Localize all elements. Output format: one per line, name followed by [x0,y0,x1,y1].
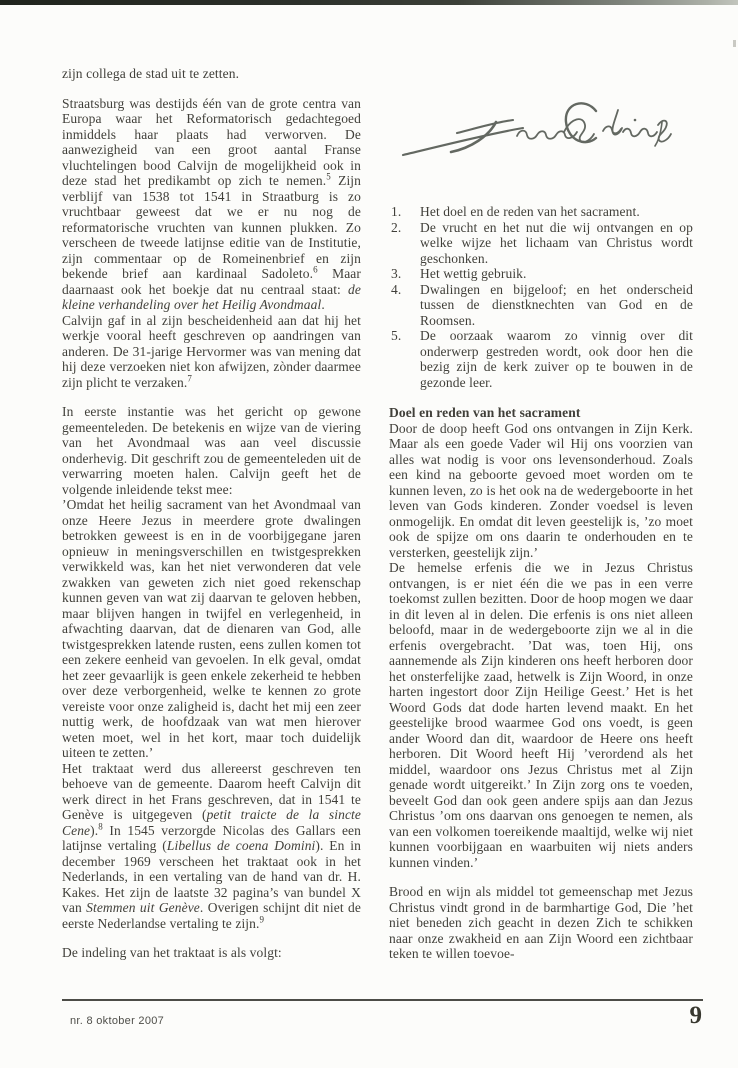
list-item: 1. Het doel en de reden van het sacramen… [389,204,693,220]
paragraph: De hemelse erfenis die we in Jezus Chris… [389,560,693,870]
footer-issue-label: nr. 8 oktober 2007 [70,1015,164,1027]
page-number: 9 [690,1002,703,1030]
paragraph: Het traktaat werd dus allereerst geschre… [62,761,361,932]
document-page: zijn collega de stad uit te zetten. Stra… [0,0,738,1068]
treatise-outline-list: 1. Het doel en de reden van het sacramen… [389,204,693,390]
list-item-text: De oorzaak waarom zo vinnig over dit ond… [420,328,693,390]
calvin-signature-image [389,66,693,204]
list-item-text: De vrucht en het nut die wij ontvangen e… [420,220,693,266]
footer-rule [62,999,703,1001]
paragraph: Calvijn gaf in al zijn bescheidenheid aa… [62,313,361,391]
list-item-number: 2. [391,220,401,236]
list-item-text: Dwalingen en bijgeloof; en het ondersche… [420,282,693,328]
left-column: zijn collega de stad uit te zetten. Stra… [62,66,361,961]
paragraph: ’Omdat het heilig sacrament van het Avon… [62,497,361,761]
list-item-text: Het wettig gebruik. [420,266,527,281]
scan-speck-artifact [733,40,736,47]
section-heading: Doel en reden van het sacrament [389,405,693,421]
paragraph: In eerste instantie was het gericht op g… [62,404,361,497]
paragraph: Brood en wijn als middel tot gemeenschap… [389,884,693,962]
scan-edge-artifact [0,0,738,5]
list-item-text: Het doel en de reden van het sacrament. [420,204,640,219]
list-item: 4. Dwalingen en bijgeloof; en het onders… [389,282,693,329]
list-item-number: 1. [391,204,401,220]
paragraph: Door de doop heeft God ons ontvangen in … [389,421,693,561]
list-item-number: 3. [391,266,401,282]
list-item: 2. De vrucht en het nut die wij ontvange… [389,220,693,267]
list-item: 3. Het wettig gebruik. [389,266,693,282]
paragraph: Straatsburg was destijds één van de grot… [62,96,361,313]
right-column: 1. Het doel en de reden van het sacramen… [389,66,693,962]
list-item: 5. De oorzaak waarom zo vinnig over dit … [389,328,693,390]
list-item-number: 5. [391,328,401,344]
paragraph: De indeling van het traktaat is als volg… [62,945,361,961]
list-item-number: 4. [391,282,401,298]
paragraph: zijn collega de stad uit te zetten. [62,66,361,82]
